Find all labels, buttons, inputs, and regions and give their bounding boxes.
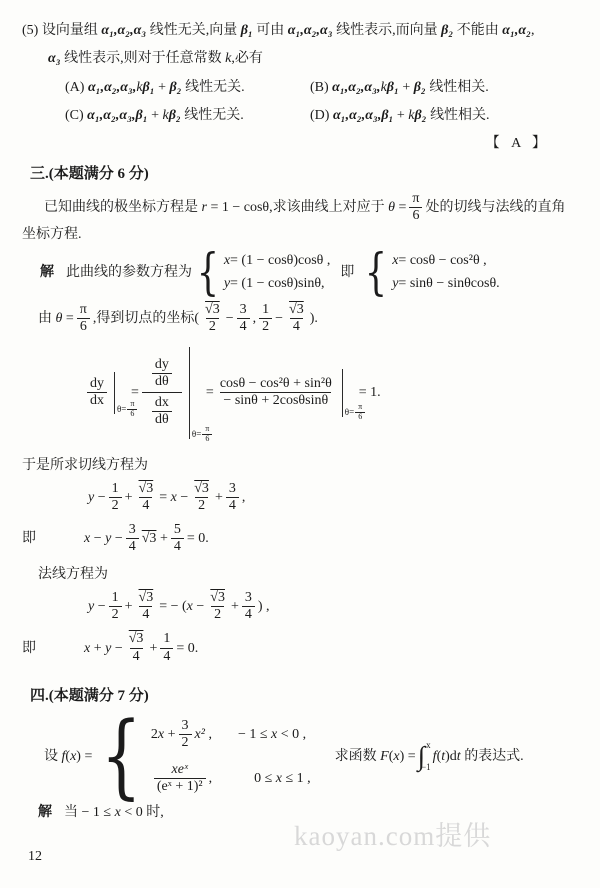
eq-part: y − [88, 487, 106, 508]
eq-part: x − y − [84, 528, 123, 549]
equation-result: = 1. [359, 382, 381, 403]
q3-solution-parametric: 解 此曲线的参数方程为 { x = (1 − cosθ)cosθ , y = (… [40, 250, 578, 295]
eval-theta: θ= [192, 430, 201, 439]
question-3: 三.(本题满分 6 分) 已知曲线的极坐标方程是 r = 1 − cosθ,求该… [22, 163, 578, 665]
tangent-equation-2-row: 即 x − y − 34 √3 + 54 = 0. [22, 522, 578, 555]
case-condition: − 1 ≤ x < 0 , [238, 724, 306, 745]
eq-part: = x − [159, 487, 188, 508]
q3-tangent-intro: 于是所求切线方程为 [22, 455, 578, 476]
fraction-pi-6-small: π6 [127, 400, 137, 419]
numerator: 3 [242, 590, 255, 606]
ji-label: 即 [22, 638, 36, 659]
fraction-sqrt3-2: √32 [202, 302, 223, 335]
eq-part: = 0. [187, 528, 209, 549]
tangent-equation-1: y − 12 + √34 = x − √32 + 34 , [88, 481, 578, 514]
case-expression: , [209, 768, 213, 789]
denominator: 2 [109, 497, 122, 514]
denominator: 2 [195, 497, 208, 514]
piecewise-cases: { 2x + 32 x² , − 1 ≤ x < 0 , xeˣ(eˣ + 1)… [92, 715, 310, 798]
numerator: 1 [109, 590, 122, 606]
eq-part: + [149, 638, 157, 659]
fraction-trig: cosθ − cos²θ + sin²θ− sinθ + 2cosθsinθ [217, 376, 335, 409]
numerator: 1 [160, 631, 173, 647]
eq-part: = 0. [176, 638, 198, 659]
eq-part: = − (x − [159, 596, 204, 617]
derivative-equation: dydx θ=π6 = dydθ dxdθ θ=π6 = cosθ − cos²… [84, 347, 578, 439]
point-pre: 由 θ = [38, 308, 74, 329]
q5-option-a: (A) α₁,α₂,α₃,kβ₁ + β₂ 线性无关. [22, 77, 310, 98]
fraction-3-4: 34 [237, 302, 250, 335]
numerator: 3 [179, 718, 192, 734]
q3-stem-line2: 坐标方程. [22, 224, 578, 245]
normal-equation-1: y − 12 + √34 = − (x − √32 + 34 ) , [88, 590, 578, 623]
fraction-xex: xeˣ(eˣ + 1)² [154, 762, 206, 795]
numerator: dydθ [142, 355, 182, 392]
numerator: 1 [259, 302, 272, 318]
denominator: 2 [211, 606, 224, 623]
lower-limit: −1 [421, 761, 431, 775]
fraction-dy-dtheta: dydθ [152, 357, 172, 390]
eq-part: + [125, 487, 133, 508]
evaluation-subscript: θ=π6 [345, 403, 366, 422]
upper-limit: x [426, 739, 431, 753]
denominator: dθ [152, 411, 172, 428]
denominator: (eˣ + 1)² [154, 778, 206, 795]
q3-stem-pre: 已知曲线的极坐标方程是 r = 1 − cosθ,求该曲线上对应于 θ = [44, 197, 406, 218]
denominator: 2 [259, 318, 272, 335]
ji-label: 即 [22, 528, 36, 549]
fraction-sqrt3-4: √34 [136, 481, 157, 514]
fraction-pi-6: π6 [77, 302, 90, 335]
eq-part: √3 + [142, 528, 168, 549]
evaluation-bar: θ=π6 [114, 372, 115, 414]
q5-option-c: (C) α₁,α₂,α₃,β₁ + kβ₂ 线性无关. [22, 105, 310, 126]
numerator: 3 [226, 481, 239, 497]
denominator: 4 [160, 648, 173, 665]
evaluation-subscript: θ=π6 [117, 400, 138, 419]
denominator: 6 [127, 409, 137, 419]
denominator: 4 [126, 538, 139, 555]
numerator: xeˣ [169, 762, 191, 778]
solution-label: 解 [40, 262, 54, 283]
q3-stem-post: 处的切线与法线的直角 [426, 197, 566, 218]
left-brace: { [197, 250, 219, 295]
case-row: y = (1 − cosθ)sinθ, [224, 273, 331, 294]
task-pre: 求函数 F(x) = [335, 746, 416, 767]
evaluation-bar: θ=π6 [189, 347, 190, 439]
denominator: 6 [202, 434, 212, 444]
q5-answer-box: 【 A 】 [22, 133, 578, 154]
eq-part: ) , [258, 596, 270, 617]
evaluation-subscript: θ=π6 [192, 425, 213, 444]
numerator: 3 [126, 522, 139, 538]
q4-task: 求函数 F(x) = ∫ x −1 f(t)dt 的表达式. [335, 739, 524, 775]
fraction-sqrt3-2: √32 [191, 481, 212, 514]
eq-part: + [231, 596, 239, 617]
fraction-3-2: 32 [179, 718, 192, 751]
point-mid: ,得到切点的坐标( [93, 308, 199, 329]
eq-part: , [242, 487, 246, 508]
denominator: 6 [77, 318, 90, 335]
integral-limits: x −1 [426, 739, 431, 775]
q3-parametric-intro: 此曲线的参数方程为 [66, 262, 192, 283]
fraction-sqrt3-4: √34 [126, 631, 147, 664]
q5-options-row-1: (A) α₁,α₂,α₃,kβ₁ + β₂ 线性无关. (B) α₁,α₂,α₃… [22, 77, 578, 98]
fraction-sqrt3-4: √34 [136, 590, 157, 623]
tangent-equation-2: x − y − 34 √3 + 54 = 0. [84, 522, 209, 555]
numerator: π [355, 403, 365, 412]
normal-equation-2: x + y − √34 + 14 = 0. [84, 631, 198, 664]
denominator: dxdθ [142, 392, 182, 430]
q3-tangent-point-line: 由 θ = π6 ,得到切点的坐标( √32 − 34 , 12 − √34 )… [38, 302, 578, 335]
numerator: √3 [126, 631, 147, 647]
denominator: 4 [290, 318, 303, 335]
fraction-1-2: 12 [259, 302, 272, 335]
numerator: cosθ − cos²θ + sin²θ [217, 376, 335, 392]
fraction-3-4: 34 [226, 481, 239, 514]
numerator: 1 [109, 481, 122, 497]
denominator: 4 [130, 648, 143, 665]
fraction-1-2: 12 [109, 590, 122, 623]
fraction-1-4: 14 [160, 631, 173, 664]
q5-option-d: (D) α₁,α₂,α₃,β₁ + kβ₂ 线性相关. [310, 105, 490, 126]
q5-options-row-2: (C) α₁,α₂,α₃,β₁ + kβ₂ 线性无关. (D) α₁,α₂,α₃… [22, 105, 578, 126]
eq-part: x + y − [84, 638, 123, 659]
numerator: π [409, 191, 422, 207]
numerator: √3 [286, 302, 307, 318]
fraction-pi-6: π6 [409, 191, 422, 224]
case-row: y = sinθ − sinθcosθ. [392, 273, 499, 294]
eq-part: + [215, 487, 223, 508]
fraction-5-4: 54 [171, 522, 184, 555]
task-post: f(t)dt 的表达式. [433, 746, 524, 767]
minus-sign: − [275, 308, 283, 329]
denominator: 4 [242, 606, 255, 623]
case-expression: x² , [195, 724, 212, 745]
q5-stem-line1: (5) 设向量组 α₁,α₂,α₃ 线性无关,向量 β₁ 可由 α₁,α₂,α₃… [22, 20, 578, 41]
parametric-cases-1: { x = (1 − cosθ)cosθ , y = (1 − cosθ)sin… [192, 250, 330, 295]
point-end: ). [310, 308, 318, 329]
left-brace: { [365, 250, 387, 295]
left-brace: { [101, 715, 142, 798]
q4-intro: 设 f(x) = [44, 746, 92, 767]
fraction-3-4: 34 [126, 522, 139, 555]
case-row-1: 2x + 32 x² , − 1 ≤ x < 0 , [151, 718, 311, 751]
equals-sign: = [206, 382, 214, 403]
integral: ∫ x −1 [418, 739, 431, 775]
denominator: 2 [109, 606, 122, 623]
numerator: √3 [136, 481, 157, 497]
numerator: π [202, 425, 212, 434]
numerator: √3 [191, 481, 212, 497]
numerator: π [127, 400, 137, 409]
denominator: 2 [206, 318, 219, 335]
comma: , [253, 308, 257, 329]
numerator: 3 [237, 302, 250, 318]
q3-heading: 三.(本题满分 6 分) [30, 163, 578, 186]
document-page: (5) 设向量组 α₁,α₂,α₃ 线性无关,向量 β₁ 可由 α₁,α₂,α₃… [0, 0, 600, 888]
q5-stem-line2: α₃ 线性表示,则对于任意常数 k,必有 [22, 48, 578, 69]
q3-normal-intro: 法线方程为 [38, 564, 578, 585]
fraction-sqrt3-2: √32 [207, 590, 228, 623]
fraction-pi-6-small: π6 [355, 403, 365, 422]
fraction-dx-dtheta: dxdθ [152, 395, 172, 428]
normal-equation-2-row: 即 x + y − √34 + 14 = 0. [22, 631, 578, 664]
question-5: (5) 设向量组 α₁,α₂,α₃ 线性无关,向量 β₁ 可由 α₁,α₂,α₃… [22, 20, 578, 154]
case-row: x = (1 − cosθ)cosθ , [224, 250, 331, 271]
q3-ji-label: 即 [340, 262, 354, 283]
fraction-sqrt3-4: √34 [286, 302, 307, 335]
fraction-dy-dx: dydx [87, 376, 107, 409]
fraction-3-4: 34 [242, 590, 255, 623]
solution-label: 解 [38, 802, 52, 823]
denominator: 4 [237, 318, 250, 335]
denominator: dx [87, 392, 107, 409]
q4-stem: 设 f(x) = { 2x + 32 x² , − 1 ≤ x < 0 , xe… [44, 715, 578, 798]
denominator: 4 [139, 606, 152, 623]
numerator: √3 [207, 590, 228, 606]
page-number: 12 [28, 846, 42, 867]
question-4: 四.(本题满分 7 分) 设 f(x) = { 2x + 32 x² , − 1… [22, 685, 578, 823]
numerator: √3 [202, 302, 223, 318]
denominator: 4 [171, 538, 184, 555]
denominator: 6 [355, 412, 365, 422]
eq-part: + [125, 596, 133, 617]
q3-stem-line1: 已知曲线的极坐标方程是 r = 1 − cosθ,求该曲线上对应于 θ = π6… [44, 191, 578, 224]
numerator: π [77, 302, 90, 318]
denominator: 4 [226, 497, 239, 514]
evaluation-bar: θ=π6 [342, 369, 343, 417]
cases-rows: 2x + 32 x² , − 1 ≤ x < 0 , xeˣ(eˣ + 1)² … [151, 718, 311, 794]
numerator: 5 [171, 522, 184, 538]
nested-fraction: dydθ dxdθ [142, 355, 182, 430]
denominator: − sinθ + 2cosθsinθ [220, 392, 331, 409]
eq-part: y − [88, 596, 106, 617]
fraction-1-2: 12 [109, 481, 122, 514]
case-row-2: xeˣ(eˣ + 1)² , 0 ≤ x ≤ 1 , [151, 762, 311, 795]
cases-rows: x = (1 − cosθ)cosθ , y = (1 − cosθ)sinθ, [224, 250, 331, 294]
case-row: x = cosθ − cos²θ , [392, 250, 499, 271]
numerator: dy [87, 376, 107, 392]
cases-rows: x = cosθ − cos²θ , y = sinθ − sinθcosθ. [392, 250, 499, 294]
numerator: dy [152, 357, 172, 373]
eval-theta: θ= [117, 405, 126, 414]
watermark: kaoyan.com提供 [294, 816, 491, 857]
denominator: dθ [152, 373, 172, 390]
eval-theta: θ= [345, 408, 354, 417]
parametric-cases-2: { x = cosθ − cos²θ , y = sinθ − sinθcosθ… [360, 250, 499, 295]
numerator: dx [152, 395, 172, 411]
fraction-pi-6-small: π6 [202, 425, 212, 444]
numerator: √3 [136, 590, 157, 606]
minus-sign: − [226, 308, 234, 329]
denominator: 2 [179, 734, 192, 751]
case-expression: 2x + [151, 724, 176, 745]
denominator: 6 [409, 207, 422, 224]
denominator: 4 [139, 497, 152, 514]
case-condition: 0 ≤ x ≤ 1 , [254, 768, 311, 789]
q5-option-b: (B) α₁,α₂,α₃,kβ₁ + β₂ 线性相关. [310, 77, 489, 98]
